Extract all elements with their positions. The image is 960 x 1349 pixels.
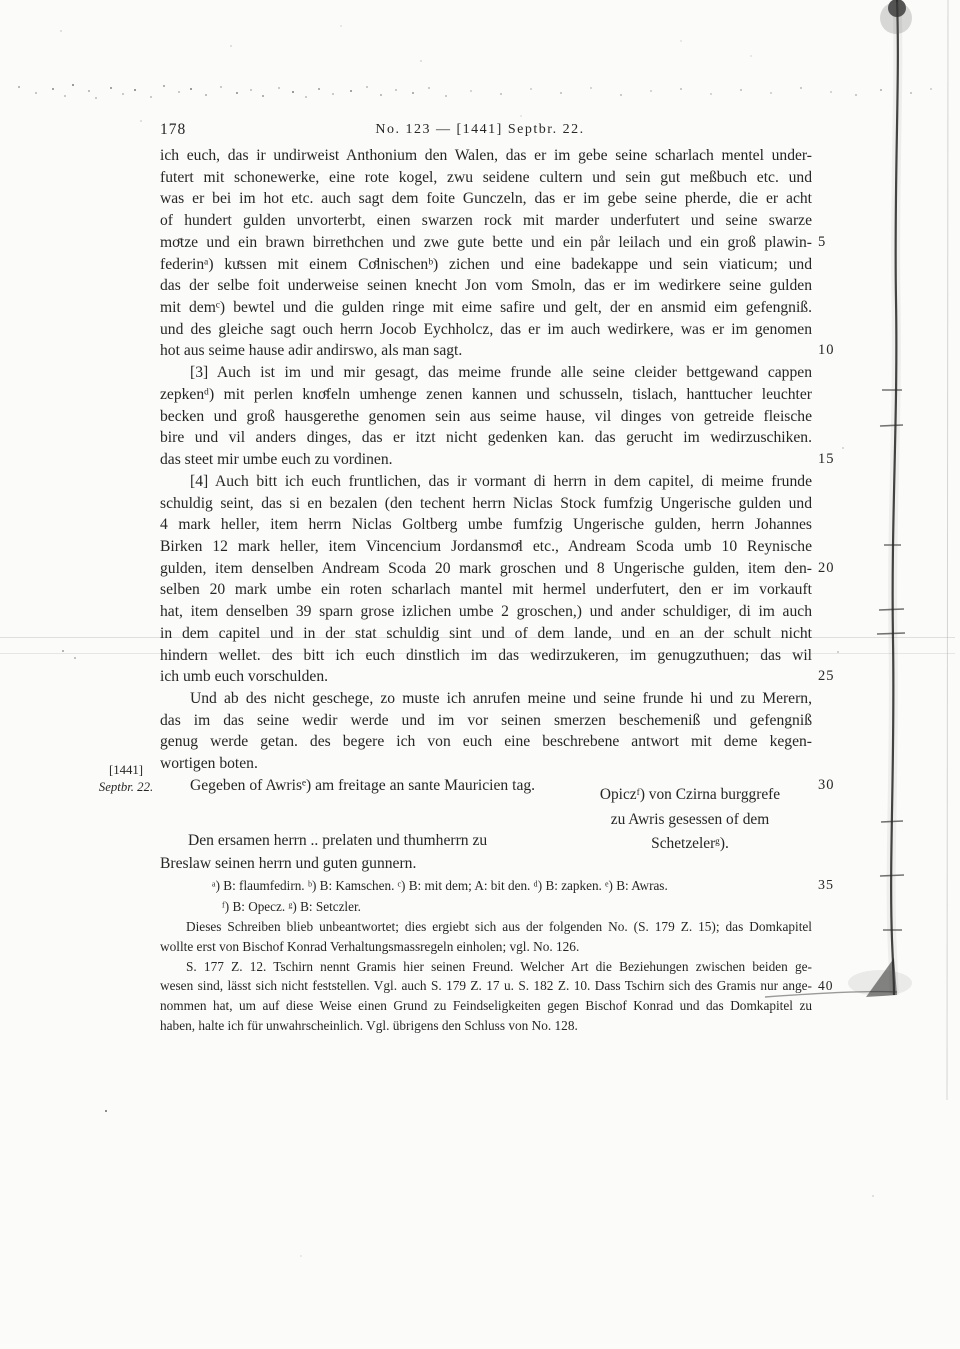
- text-line: ich euch, das ir undirweist Anthonium de…: [160, 145, 812, 167]
- text-line: was er bei im hot etc. auch sagt dem foi…: [160, 188, 812, 210]
- text-line: futert mit schonewerke, eine rote kogel,…: [160, 167, 812, 189]
- text-line-content: wollte erst von Bischof Konrad Verhaltun…: [160, 939, 579, 954]
- text-line: und des gleiche sagt ouch herrn Jocob Ey…: [160, 319, 812, 341]
- text-line-content: becken und groß hausgerethe genomen sein…: [160, 408, 812, 425]
- text-line-content: ich umb euch vorschulden.: [160, 668, 328, 685]
- text-line: [4] Auch bitt ich euch fruntlichen, das …: [160, 471, 812, 493]
- text-line-content: 4 mark heller, item herrn Niclas Goltber…: [160, 516, 812, 533]
- line-number: 40: [818, 976, 834, 996]
- text-line-content: [3] Auch ist im und mir gesagt, das meim…: [190, 364, 812, 381]
- text-line-content: selben 20 mark umbe ein roten scharlach …: [160, 581, 812, 598]
- text-line-content: was er bei im hot etc. auch sagt dem foi…: [160, 190, 812, 207]
- text-line-content: hot aus seime hause adir andirswo, als m…: [160, 342, 462, 359]
- page-edge-faint-line: [947, 0, 948, 1100]
- text-line-content: gulden, item denselben Andream Scoda 20 …: [160, 560, 812, 577]
- speckle-noise-band: [0, 0, 2, 2]
- text-line-content: das im das seine wedir werde und im vor …: [160, 712, 812, 729]
- text-line-content: mit demᶜ) bewtel und die gulden ringe mi…: [160, 299, 812, 316]
- text-line-content: schuldig seint, das si en bezalen (den t…: [160, 495, 812, 512]
- page-scan: 178 No. 123 — [1441] Septbr. 22. [1441] …: [0, 0, 960, 1349]
- line-number: 10: [818, 340, 835, 362]
- text-line: [3] Auch ist im und mir gesagt, das meim…: [160, 362, 812, 384]
- text-line: haben, halte ich für unwahrscheinlich. V…: [160, 1016, 812, 1036]
- text-line: hat, item denselben 39 sparn grose izlic…: [160, 601, 812, 623]
- line-number: 30: [818, 775, 835, 797]
- text-line-content: ich euch, das ir undirweist Anthonium de…: [160, 147, 812, 164]
- line-number: 5: [818, 232, 826, 254]
- text-line: ᶠ) B: Opecz. ᵍ) B: Setczler.: [160, 896, 812, 917]
- scanned-book-page: { "page": { "number": "178", "header": "…: [0, 0, 960, 1349]
- text-line: ich umb euch vorschulden.25: [160, 666, 812, 688]
- text-line-content: S. 177 Z. 12. Tschirn nennt Gramis hier …: [186, 959, 812, 974]
- text-line: nommen hat, um auf diese Weise einen Gru…: [160, 996, 812, 1016]
- text-line-content: zepkenᵈ) mit perlen knoͤfeln umhenge zen…: [160, 386, 812, 403]
- text-line-content: federinᵃ) kuͤssen mit einem Coͤlnischenᵇ…: [160, 256, 812, 273]
- text-line-content: Birken 12 mark heller, item Vincencium J…: [160, 538, 812, 555]
- spine-line-halo: [891, 0, 898, 995]
- text-line-content: Und ab des nicht geschege, zo muste ich …: [190, 690, 812, 707]
- text-line: S. 177 Z. 12. Tschirn nennt Gramis hier …: [160, 957, 812, 977]
- spine-tick-marks: [877, 390, 905, 930]
- text-line-content: ᶠ) B: Opecz. ᵍ) B: Setczler.: [222, 899, 361, 914]
- text-line: wortigen boten.: [160, 753, 812, 775]
- spine-top-blob-halo: [880, 2, 912, 34]
- spine-line: [891, 0, 898, 995]
- text-line: becken und groß hausgerethe genomen sein…: [160, 406, 812, 428]
- text-line-content: genug werde getan. des begere ich von eu…: [160, 733, 812, 750]
- text-line-content: Den ersamen herrn .. prelaten und thumhe…: [188, 832, 487, 849]
- text-line-content: haben, halte ich für unwahrscheinlich. V…: [160, 1018, 578, 1033]
- text-line: wollte erst von Bischof Konrad Verhaltun…: [160, 937, 812, 957]
- text-line-content: Breslaw seinen herrn und guten gunnern.: [160, 855, 416, 872]
- text-line: Den ersamen herrn .. prelaten und thumhe…: [160, 830, 640, 853]
- text-line: federinᵃ) kuͤssen mit einem Coͤlnischenᵇ…: [160, 254, 812, 276]
- spine-bottom-flare: [866, 958, 897, 997]
- text-line-content: und des gleiche sagt ouch herrn Jocob Ey…: [160, 321, 812, 338]
- text-line-content: wortigen boten.: [160, 755, 258, 772]
- text-line: Opiczᶠ) von Czirna burggrefe: [566, 783, 814, 808]
- text-line: das der selbe foit underweise seinen kne…: [160, 275, 812, 297]
- text-line: hot aus seime hause adir andirswo, als m…: [160, 340, 812, 362]
- text-line-content: das der selbe foit underweise seinen kne…: [160, 277, 812, 294]
- text-line-content: ᵃ) B: flaumfedirn. ᵇ) B: Kamschen. ᶜ) B:…: [212, 878, 668, 893]
- text-line: selben 20 mark umbe ein roten scharlach …: [160, 579, 812, 601]
- text-line: hindern wellet. des bitt ich euch dinstl…: [160, 645, 812, 667]
- text-line: zu Awris gesessen of dem: [566, 808, 814, 833]
- text-line: Dieses Schreiben blieb unbeantwortet; di…: [160, 917, 812, 937]
- line-number: 20: [818, 558, 835, 580]
- spine-top-blob: [888, 0, 906, 17]
- text-line-content: Opiczᶠ) von Czirna burggrefe: [600, 786, 780, 803]
- text-line: das steet mir umbe euch zu vordinen.15: [160, 449, 812, 471]
- text-line: moͤtze und ein brawn birrethchen und zwe…: [160, 232, 812, 254]
- text-line-content: Dieses Schreiben blieb unbeantwortet; di…: [186, 919, 812, 934]
- line-number: 35: [818, 875, 834, 896]
- text-line-content: zu Awris gesessen of dem: [611, 811, 769, 828]
- text-line-content: in dem capitel und in der stat schuldig …: [160, 625, 812, 642]
- text-line-content: wesen sind, lässt sich nicht feststellen…: [160, 978, 812, 993]
- apparatus-footnotes: ᵃ) B: flaumfedirn. ᵇ) B: Kamschen. ᶜ) B:…: [160, 875, 812, 917]
- text-line: zepkenᵈ) mit perlen knoͤfeln umhenge zen…: [160, 384, 812, 406]
- text-line: wesen sind, lässt sich nicht feststellen…: [160, 976, 812, 996]
- text-line: das im das seine wedir werde und im vor …: [160, 710, 812, 732]
- line-number: 15: [818, 449, 835, 471]
- text-line-content: nommen hat, um auf diese Weise einen Gru…: [160, 998, 812, 1013]
- text-line: of hundert gulden unvorterbt, einen swar…: [160, 210, 812, 232]
- text-line-content: hat, item denselben 39 sparn grose izlic…: [160, 603, 812, 620]
- spine-bottom-fuzz: [848, 970, 912, 996]
- line-number: 25: [818, 666, 835, 688]
- text-line: mit demᶜ) bewtel und die gulden ringe mi…: [160, 297, 812, 319]
- text-line-content: Gegeben of Awrisᵉ) am freitage an sante …: [190, 777, 535, 794]
- text-line: 4 mark heller, item herrn Niclas Goltber…: [160, 514, 812, 536]
- text-line-content: of hundert gulden unvorterbt, einen swar…: [160, 212, 812, 229]
- text-line: Breslaw seinen herrn und guten gunnern.: [160, 853, 640, 876]
- text-line: in dem capitel und in der stat schuldig …: [160, 623, 812, 645]
- text-line: schuldig seint, das si en bezalen (den t…: [160, 493, 812, 515]
- text-line-content: das steet mir umbe euch zu vordinen.: [160, 451, 393, 468]
- text-line-content: bire und vil anders dinges, das er itzt …: [160, 429, 812, 446]
- text-line: Birken 12 mark heller, item Vincencium J…: [160, 536, 812, 558]
- text-line: ᵃ) B: flaumfedirn. ᵇ) B: Kamschen. ᶜ) B:…: [160, 875, 812, 896]
- text-line-content: hindern wellet. des bitt ich euch dinstl…: [160, 647, 812, 664]
- running-head: No. 123 — [1441] Septbr. 22.: [0, 122, 960, 138]
- text-line-content: moͤtze und ein brawn birrethchen und zwe…: [160, 234, 812, 251]
- text-line: bire und vil anders dinges, das er itzt …: [160, 427, 812, 449]
- margin-note-date: Septbr. 22.: [84, 779, 168, 796]
- text-line-content: Schetzelerᵍ).: [651, 835, 729, 852]
- editorial-commentary: Dieses Schreiben blieb unbeantwortet; di…: [160, 917, 812, 1036]
- text-line: genug werde getan. des begere ich von eu…: [160, 731, 812, 753]
- text-line: Und ab des nicht geschege, zo muste ich …: [160, 688, 812, 710]
- margin-date-note: [1441] Septbr. 22.: [84, 762, 168, 796]
- text-line-content: [4] Auch bitt ich euch fruntlichen, das …: [190, 473, 812, 490]
- speckle-noise-scattered: [0, 0, 2, 2]
- text-line: gulden, item denselben Andream Scoda 20 …: [160, 558, 812, 580]
- text-line-content: futert mit schonewerke, eine rote kogel,…: [160, 169, 812, 186]
- address-block: Den ersamen herrn .. prelaten und thumhe…: [160, 830, 640, 875]
- letter-body: ich euch, das ir undirweist Anthonium de…: [160, 145, 812, 797]
- margin-note-year: [1441]: [84, 762, 168, 779]
